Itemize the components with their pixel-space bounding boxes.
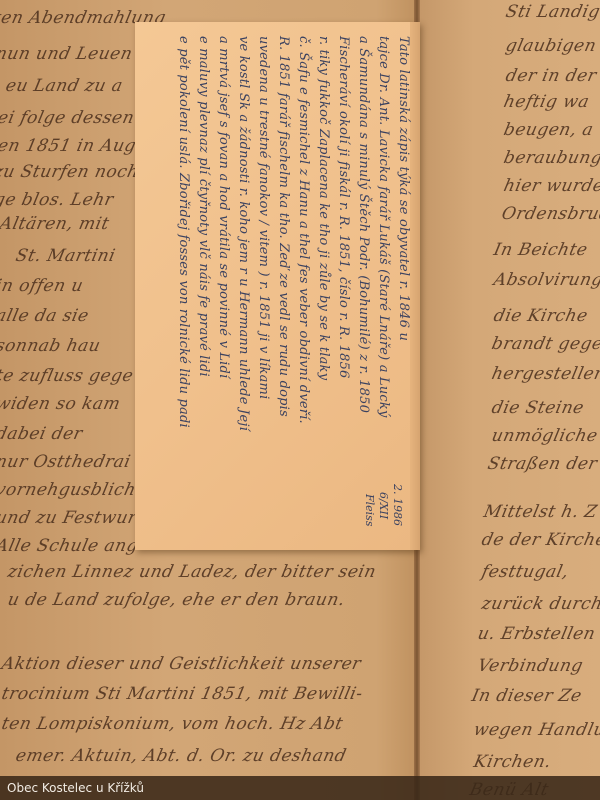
note-line: uvedena u trestné fanokov / vitem ) r. 1… [253,36,273,536]
handwriting-line: Absolvirung [492,270,600,290]
handwriting-line: sonnab hau [0,336,102,356]
inserted-note-card: Tato latinská zápis týká se obyvatel r. … [135,22,420,550]
handwriting-line: u de Land zufolge, ehe er den braun. [6,590,347,610]
handwriting-line: vornehgusblich [0,480,138,500]
handwriting-line: ten Lompiskonium, vom hoch. Hz Abt [0,714,345,734]
handwriting-line: widen so kam [0,394,122,414]
note-line: Fischeráví okolí ji fiskál r. R. 1851, č… [333,36,353,536]
handwriting-line: glaubigen [504,36,598,56]
handwriting-line: Verbindung [476,656,585,676]
handwriting-line: die Kirche [492,306,590,326]
handwriting-line: emer. Aktuin, Abt. d. Or. zu deshand [14,746,349,766]
note-line: č. Šafu e fesmichel z Hanu a thel fes ve… [293,36,313,536]
handwriting-line: ei folge dessen [0,108,136,128]
note-line: e maluvy plevnaz plí čtyřnoty vlč náis f… [193,36,213,536]
handwriting-line: Mittelst h. Z [482,502,599,522]
handwriting-line: und zu Festwurd [0,508,150,528]
handwriting-line: brandt gege [490,334,600,354]
handwriting-line: Alle Schule ang [0,536,140,556]
signature-date: 2. 1986 [391,484,404,526]
note-line: R. 1851 farář fischelm ka tho. Zeď ze ve… [273,36,293,536]
right-manuscript-page: Sti Landig glaubigen der in der heftig w… [420,0,600,800]
handwriting-line: unmögliche [490,426,600,446]
handwriting-line: zu Sturfen noch [0,162,141,182]
handwriting-line: hergestellen [490,364,600,384]
handwriting-line: u. Erbstellen der [476,624,600,644]
note-line: ve kostl Sk a žádnosti r. koho jem r u H… [233,36,253,536]
handwriting-line: beraubung [502,148,600,168]
handwriting-line: heftig wa [502,92,591,112]
handwriting-line: nur Ostthedrai [0,452,132,472]
handwriting-line: beugen, a [502,120,595,140]
signature-ref: 6/XII [377,492,390,519]
handwriting-line: Straßen der [486,454,599,474]
note-line: tajce Dr. Ant. Lavicka farář Lukáš (Star… [373,36,393,536]
handwriting-line: Sti Landig [504,2,600,22]
note-signature: 2. 1986 6/XII Fleiss [346,484,406,544]
handwriting-line: wegen Handlu [472,720,600,740]
document-photo: ten Abendmahlung nun und Leuen eu Land z… [0,0,600,800]
note-line: r. tiky fukkoč Zaplacena ke tho ji zůle … [313,36,333,536]
handwriting-line: ge blos. Lehr [0,190,115,210]
handwriting-line: trocinium Sti Martini 1851, mit Bewilli- [0,684,365,704]
handwriting-line: In Beichte [492,240,590,260]
caption-text: Obec Kostelec u Křížků [0,781,144,795]
handwriting-line: hier wurde [502,176,600,196]
caption-bar: Obec Kostelec u Křížků [0,776,600,800]
note-line: a mrtvá jsef s fovan a hod vrátila se po… [213,36,233,536]
handwriting-line: zichen Linnez und Ladez, der bitter sein [6,562,378,582]
handwriting-line: de der Kirche [480,530,600,550]
handwriting-line: zurück durch [480,594,600,614]
handwriting-line: In dieser Ze [470,686,584,706]
handwriting-line: in offen u [0,276,85,296]
handwriting-line: eu Land zu a [4,76,125,96]
handwriting-line: Aktion dieser und Geistlichkeit unserer [0,654,363,674]
note-card-text: Tato latinská zápis týká se obyvatel r. … [153,36,413,536]
signature-name: Fleiss [363,494,376,526]
handwriting-line: dabei der [0,424,85,444]
note-line: a Šamundána s minulý Štěch Podr. (Bohumi… [353,36,373,536]
handwriting-line: Altären, mit [0,214,111,234]
handwriting-line: festtugal, [480,562,571,582]
handwriting-line: alle da sie [0,306,91,326]
handwriting-line: die Steine [490,398,586,418]
handwriting-line: Kirchen. [472,752,553,772]
handwriting-line: der in der [504,66,599,86]
note-line: e pět pokolení uslá. Zbořidej fosses von… [173,36,193,536]
handwriting-line: St. Martini [14,246,117,266]
handwriting-line: nun und Leuen [0,44,134,64]
handwriting-line: te zufluss gege [0,366,135,386]
handwriting-line: en 1851 in Aug [0,136,138,156]
note-line: Tato latinská zápis týká se obyvatel r. … [393,36,413,536]
handwriting-line: Ordensbrud [500,204,600,224]
